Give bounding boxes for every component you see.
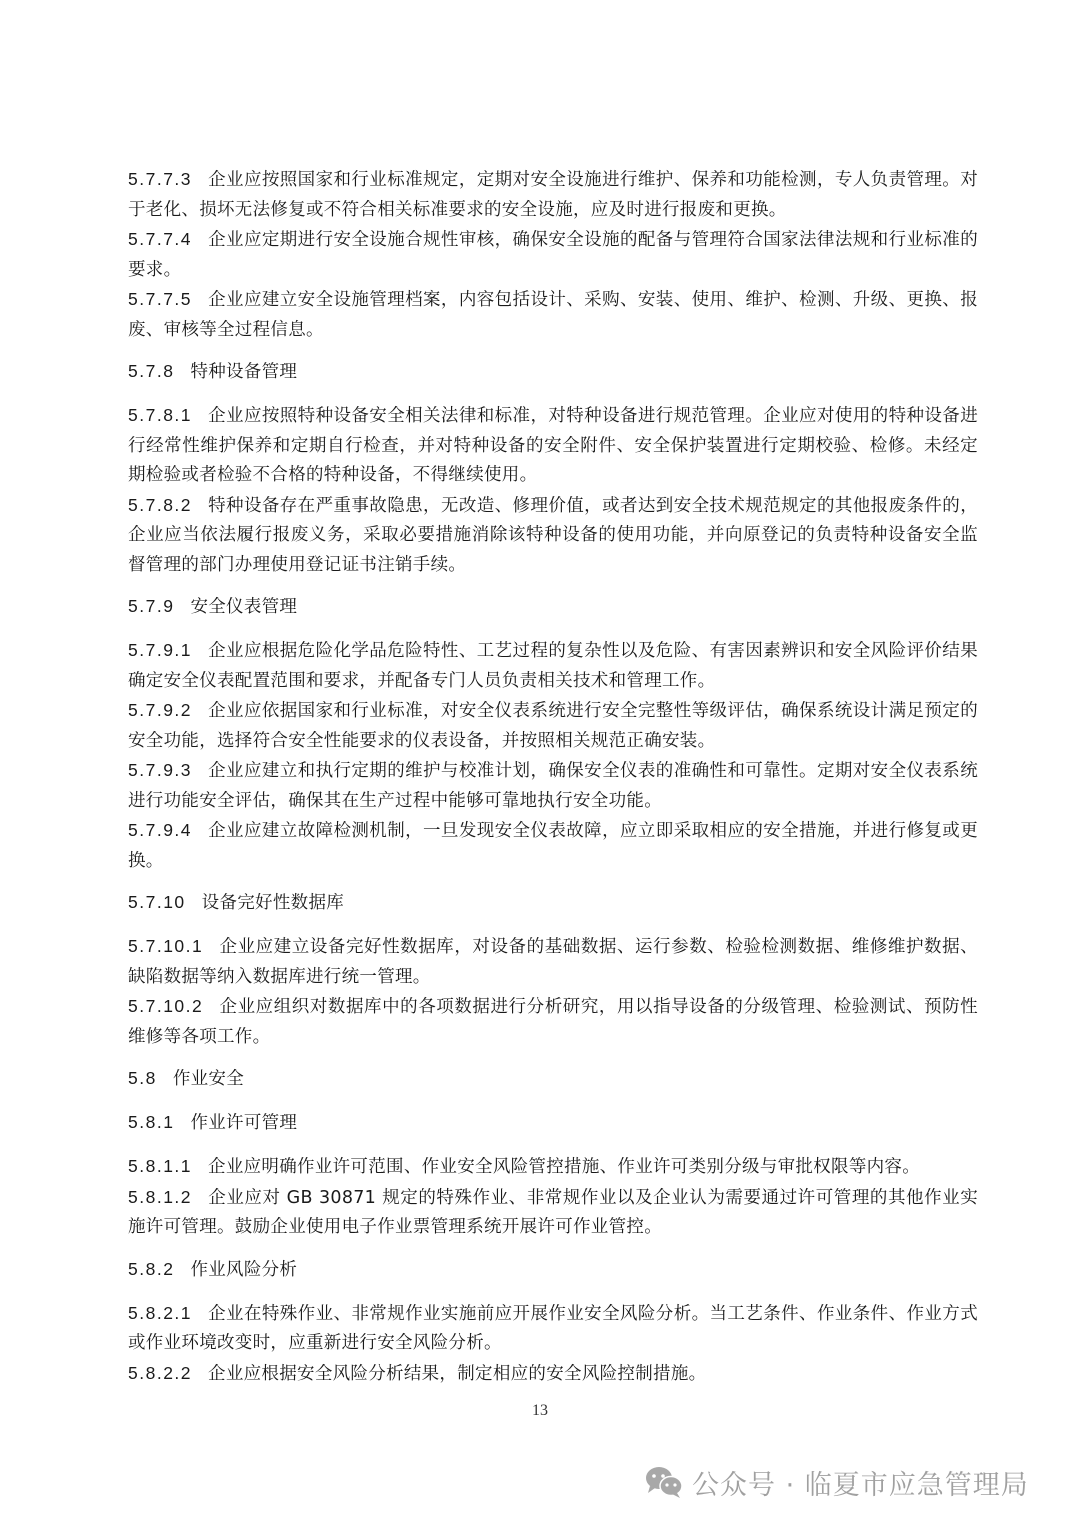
clause-5-8-1-1: 5.8.1.1企业应明确作业许可范围、作业安全风险管控措施、作业许可类别分级与审…	[128, 1152, 978, 1183]
clause-number: 5.7.9.2	[128, 700, 192, 720]
section-title: 安全仪表管理	[190, 597, 297, 617]
document-body: 5.7.7.3企业应按照国家和行业标准规定，定期对安全设施进行维护、保养和功能检…	[128, 165, 978, 1389]
clause-5-7-10-1: 5.7.10.1企业应建立设备完好性数据库，对设备的基础数据、运行参数、检验检测…	[128, 932, 978, 992]
clause-number: 5.7.7.5	[128, 289, 192, 309]
clause-5-7-8-1: 5.7.8.1企业应按照特种设备安全相关法律和标准，对特种设备进行规范管理。企业…	[128, 401, 978, 491]
clause-text: 企业应根据安全风险分析结果，制定相应的安全风险控制措施。	[208, 1364, 706, 1384]
section-heading-5-8-2: 5.8.2作业风险分析	[128, 1255, 978, 1285]
clause-text: 企业应对 GB 30871 规定的特殊作业、非常规作业以及企业认为需要通过许可管…	[128, 1188, 978, 1238]
clause-5-8-2-2: 5.8.2.2企业应根据安全风险分析结果，制定相应的安全风险控制措施。	[128, 1359, 978, 1390]
clause-text: 企业应按照特种设备安全相关法律和标准，对特种设备进行规范管理。企业应对使用的特种…	[128, 406, 978, 485]
clause-number: 5.8.1.2	[128, 1187, 192, 1207]
clause-text: 企业应建立设备完好性数据库，对设备的基础数据、运行参数、检验检测数据、维修维护数…	[128, 937, 978, 987]
section-heading-5-7-9: 5.7.9安全仪表管理	[128, 592, 978, 622]
clause-number: 5.7.10.2	[128, 996, 203, 1016]
clause-number: 5.7.8.1	[128, 405, 192, 425]
section-title: 作业许可管理	[190, 1113, 297, 1133]
clause-text: 企业应按照国家和行业标准规定，定期对安全设施进行维护、保养和功能检测，专人负责管…	[128, 170, 978, 220]
section-title: 特种设备管理	[190, 362, 297, 382]
clause-text: 企业应建立故障检测机制，一旦发现安全仪表故障，应立即采取相应的安全措施，并进行修…	[128, 821, 978, 871]
section-number: 5.7.9	[128, 596, 174, 616]
clause-number: 5.7.7.4	[128, 229, 192, 249]
clause-5-7-10-2: 5.7.10.2企业应组织对数据库中的各项数据进行分析研究，用以指导设备的分级管…	[128, 992, 978, 1052]
clause-5-7-7-5: 5.7.7.5企业应建立安全设施管理档案，内容包括设计、采购、安装、使用、维护、…	[128, 285, 978, 345]
section-number: 5.8.1	[128, 1112, 174, 1132]
clause-text: 特种设备存在严重事故隐患，无改造、修理价值，或者达到安全技术规范规定的其他报废条…	[128, 496, 978, 575]
page-number: 13	[0, 1402, 1080, 1420]
clause-number: 5.8.2.2	[128, 1363, 192, 1383]
section-heading-5-8: 5.8作业安全	[128, 1064, 978, 1094]
clause-number: 5.8.1.1	[128, 1156, 192, 1176]
section-number: 5.8.2	[128, 1259, 174, 1279]
clause-5-7-9-2: 5.7.9.2企业应依据国家和行业标准，对安全仪表系统进行安全完整性等级评估，确…	[128, 696, 978, 756]
clause-number: 5.7.8.2	[128, 495, 192, 515]
section-heading-5-8-1: 5.8.1作业许可管理	[128, 1108, 978, 1138]
clause-5-7-9-3: 5.7.9.3企业应建立和执行定期的维护与校准计划，确保安全仪表的准确性和可靠性…	[128, 756, 978, 816]
clause-5-8-1-2: 5.8.1.2企业应对 GB 30871 规定的特殊作业、非常规作业以及企业认为…	[128, 1183, 978, 1243]
clause-5-8-2-1: 5.8.2.1企业在特殊作业、非常规作业实施前应开展作业安全风险分析。当工艺条件…	[128, 1299, 978, 1359]
section-title: 作业安全	[173, 1069, 244, 1089]
clause-number: 5.7.9.4	[128, 820, 192, 840]
section-heading-5-7-8: 5.7.8特种设备管理	[128, 357, 978, 387]
clause-number: 5.7.10.1	[128, 936, 203, 956]
clause-text: 企业在特殊作业、非常规作业实施前应开展作业安全风险分析。当工艺条件、作业条件、作…	[128, 1304, 978, 1354]
clause-text: 企业应依据国家和行业标准，对安全仪表系统进行安全完整性等级评估，确保系统设计满足…	[128, 701, 978, 751]
section-title: 设备完好性数据库	[202, 893, 344, 913]
clause-5-7-7-3: 5.7.7.3企业应按照国家和行业标准规定，定期对安全设施进行维护、保养和功能检…	[128, 165, 978, 225]
clause-text: 企业应建立安全设施管理档案，内容包括设计、采购、安装、使用、维护、检测、升级、更…	[128, 290, 978, 340]
clause-text: 企业应建立和执行定期的维护与校准计划，确保安全仪表的准确性和可靠性。定期对安全仪…	[128, 761, 978, 811]
clause-5-7-9-1: 5.7.9.1企业应根据危险化学品危险特性、工艺过程的复杂性以及危险、有害因素辨…	[128, 636, 978, 696]
clause-text: 企业应明确作业许可范围、作业安全风险管控措施、作业许可类别分级与审批权限等内容。	[208, 1157, 920, 1177]
clause-text: 企业应定期进行安全设施合规性审核，确保安全设施的配备与管理符合国家法律法规和行业…	[128, 230, 978, 280]
clause-text: 企业应组织对数据库中的各项数据进行分析研究，用以指导设备的分级管理、检验测试、预…	[128, 997, 978, 1047]
section-number: 5.8	[128, 1068, 157, 1088]
section-number: 5.7.8	[128, 361, 174, 381]
wechat-icon	[644, 1466, 684, 1498]
section-heading-5-7-10: 5.7.10设备完好性数据库	[128, 888, 978, 918]
clause-number: 5.7.9.3	[128, 760, 192, 780]
section-number: 5.7.10	[128, 892, 186, 912]
clause-5-7-8-2: 5.7.8.2特种设备存在严重事故隐患，无改造、修理价值，或者达到安全技术规范规…	[128, 491, 978, 581]
watermark: 公众号 · 临夏市应急管理局	[644, 1462, 1029, 1502]
watermark-text: 公众号 · 临夏市应急管理局	[692, 1463, 1029, 1502]
clause-5-7-7-4: 5.7.7.4企业应定期进行安全设施合规性审核，确保安全设施的配备与管理符合国家…	[128, 225, 978, 285]
section-title: 作业风险分析	[190, 1260, 297, 1280]
clause-text: 企业应根据危险化学品危险特性、工艺过程的复杂性以及危险、有害因素辨识和安全风险评…	[128, 641, 978, 691]
clause-number: 5.7.9.1	[128, 640, 192, 660]
clause-5-7-9-4: 5.7.9.4企业应建立故障检测机制，一旦发现安全仪表故障，应立即采取相应的安全…	[128, 816, 978, 876]
clause-number: 5.7.7.3	[128, 169, 192, 189]
clause-number: 5.8.2.1	[128, 1303, 192, 1323]
